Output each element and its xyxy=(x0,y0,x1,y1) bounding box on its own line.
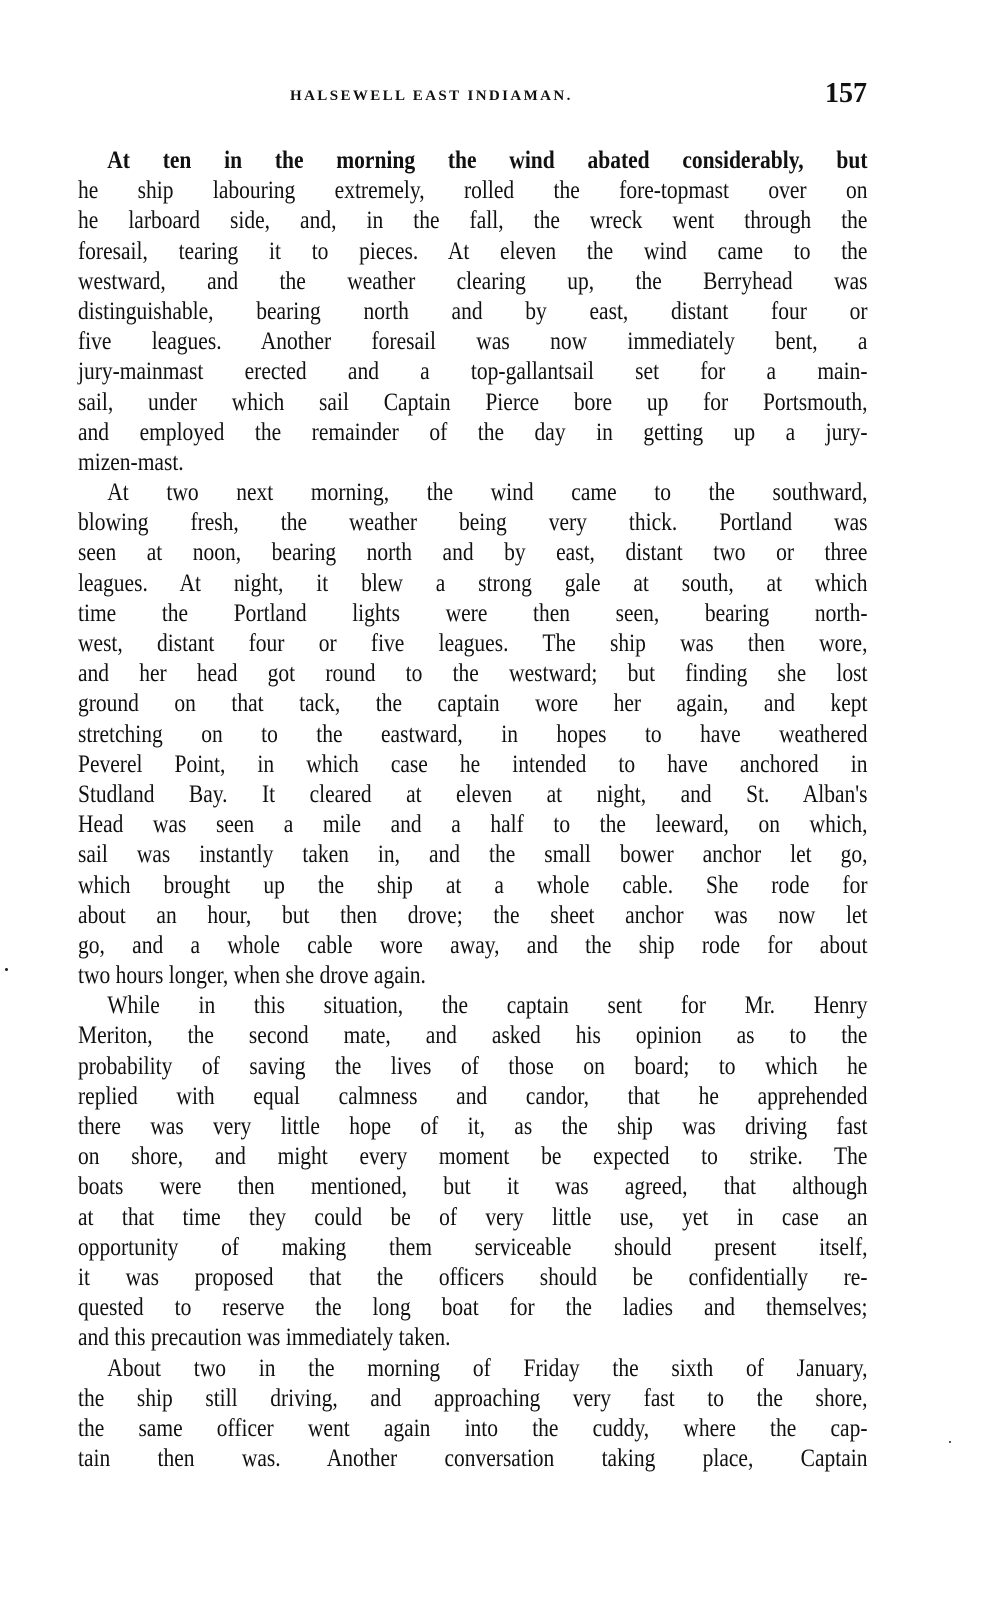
paragraph-1: At ten in the morning the wind abated co… xyxy=(78,146,868,478)
text-line: sail was instantly taken in, and the sma… xyxy=(78,840,867,870)
text-line: boats were then mentioned, but it was ag… xyxy=(78,1172,867,1202)
text-line: sail, under which sail Captain Pierce bo… xyxy=(78,388,867,418)
text-line: and employed the remainder of the day in… xyxy=(78,418,867,448)
body-text: At ten in the morning the wind abated co… xyxy=(78,146,868,1474)
text-line: on shore, and might every moment be expe… xyxy=(78,1142,867,1172)
text-line: leagues. At night, it blew a strong gale… xyxy=(78,569,867,599)
text-line: blowing fresh, the weather being very th… xyxy=(78,508,867,538)
text-line: which brought up the ship at a whole cab… xyxy=(78,871,867,901)
text-line: Studland Bay. It cleared at eleven at ni… xyxy=(78,780,867,810)
text-line: at that time they could be of very littl… xyxy=(78,1203,867,1233)
text-line: about an hour, but then drove; the sheet… xyxy=(78,901,867,931)
text-line: quested to reserve the long boat for the… xyxy=(78,1293,867,1323)
text-line: distinguishable, bearing north and by ea… xyxy=(78,297,867,327)
text-line: and her head got round to the westward; … xyxy=(78,659,867,689)
text-line: Head was seen a mile and a half to the l… xyxy=(78,810,867,840)
text-line: seen at noon, bearing north and by east,… xyxy=(78,538,867,568)
text-line: two hours longer, when she drove again. xyxy=(78,961,867,991)
text-line: At two next morning, the wind came to th… xyxy=(78,478,867,508)
text-line: probability of saving the lives of those… xyxy=(78,1052,867,1082)
text-line: go, and a whole cable wore away, and the… xyxy=(78,931,867,961)
page-number: 157 xyxy=(825,78,867,110)
text-line: the same officer went again into the cud… xyxy=(78,1414,867,1444)
text-line: westward, and the weather clearing up, t… xyxy=(78,267,867,297)
text-line: the ship still driving, and approaching … xyxy=(78,1384,867,1414)
text-line: it was proposed that the officers should… xyxy=(78,1263,867,1293)
text-line: tain then was. Another conversation taki… xyxy=(78,1444,867,1474)
text-line: mizen-mast. xyxy=(78,448,867,478)
text-line: time the Portland lights were then seen,… xyxy=(78,599,867,629)
text-line: At ten in the morning the wind abated co… xyxy=(78,146,867,176)
book-page: HALSEWELL EAST INDIAMAN. 157 At ten in t… xyxy=(0,0,1000,1612)
text-line: there was very little hope of it, as the… xyxy=(78,1112,867,1142)
text-line: About two in the morning of Friday the s… xyxy=(78,1354,867,1384)
text-line: While in this situation, the captain sen… xyxy=(78,991,867,1021)
text-line: he larboard side, and, in the fall, the … xyxy=(78,206,867,236)
text-line: and this precaution was immediately take… xyxy=(78,1323,867,1353)
scan-speck xyxy=(5,968,8,971)
scan-speck xyxy=(949,1441,951,1443)
text-line: five leagues. Another foresail was now i… xyxy=(78,327,867,357)
paragraph-4: About two in the morning of Friday the s… xyxy=(78,1354,868,1475)
running-head-title: HALSEWELL EAST INDIAMAN. xyxy=(290,88,573,105)
text-line: west, distant four or five leagues. The … xyxy=(78,629,867,659)
text-line: stretching on to the eastward, in hopes … xyxy=(78,720,867,750)
text-line: he ship labouring extremely, rolled the … xyxy=(78,176,867,206)
text-line: Peverel Point, in which case he intended… xyxy=(78,750,867,780)
text-line: opportunity of making them serviceable s… xyxy=(78,1233,867,1263)
text-line: foresail, tearing it to pieces. At eleve… xyxy=(78,237,867,267)
paragraph-2: At two next morning, the wind came to th… xyxy=(78,478,868,991)
text-line: replied with equal calmness and candor, … xyxy=(78,1082,867,1112)
text-line: jury-mainmast erected and a top-gallants… xyxy=(78,357,867,387)
text-line: Meriton, the second mate, and asked his … xyxy=(78,1021,867,1051)
text-line: ground on that tack, the captain wore he… xyxy=(78,689,867,719)
paragraph-3: While in this situation, the captain sen… xyxy=(78,991,868,1353)
